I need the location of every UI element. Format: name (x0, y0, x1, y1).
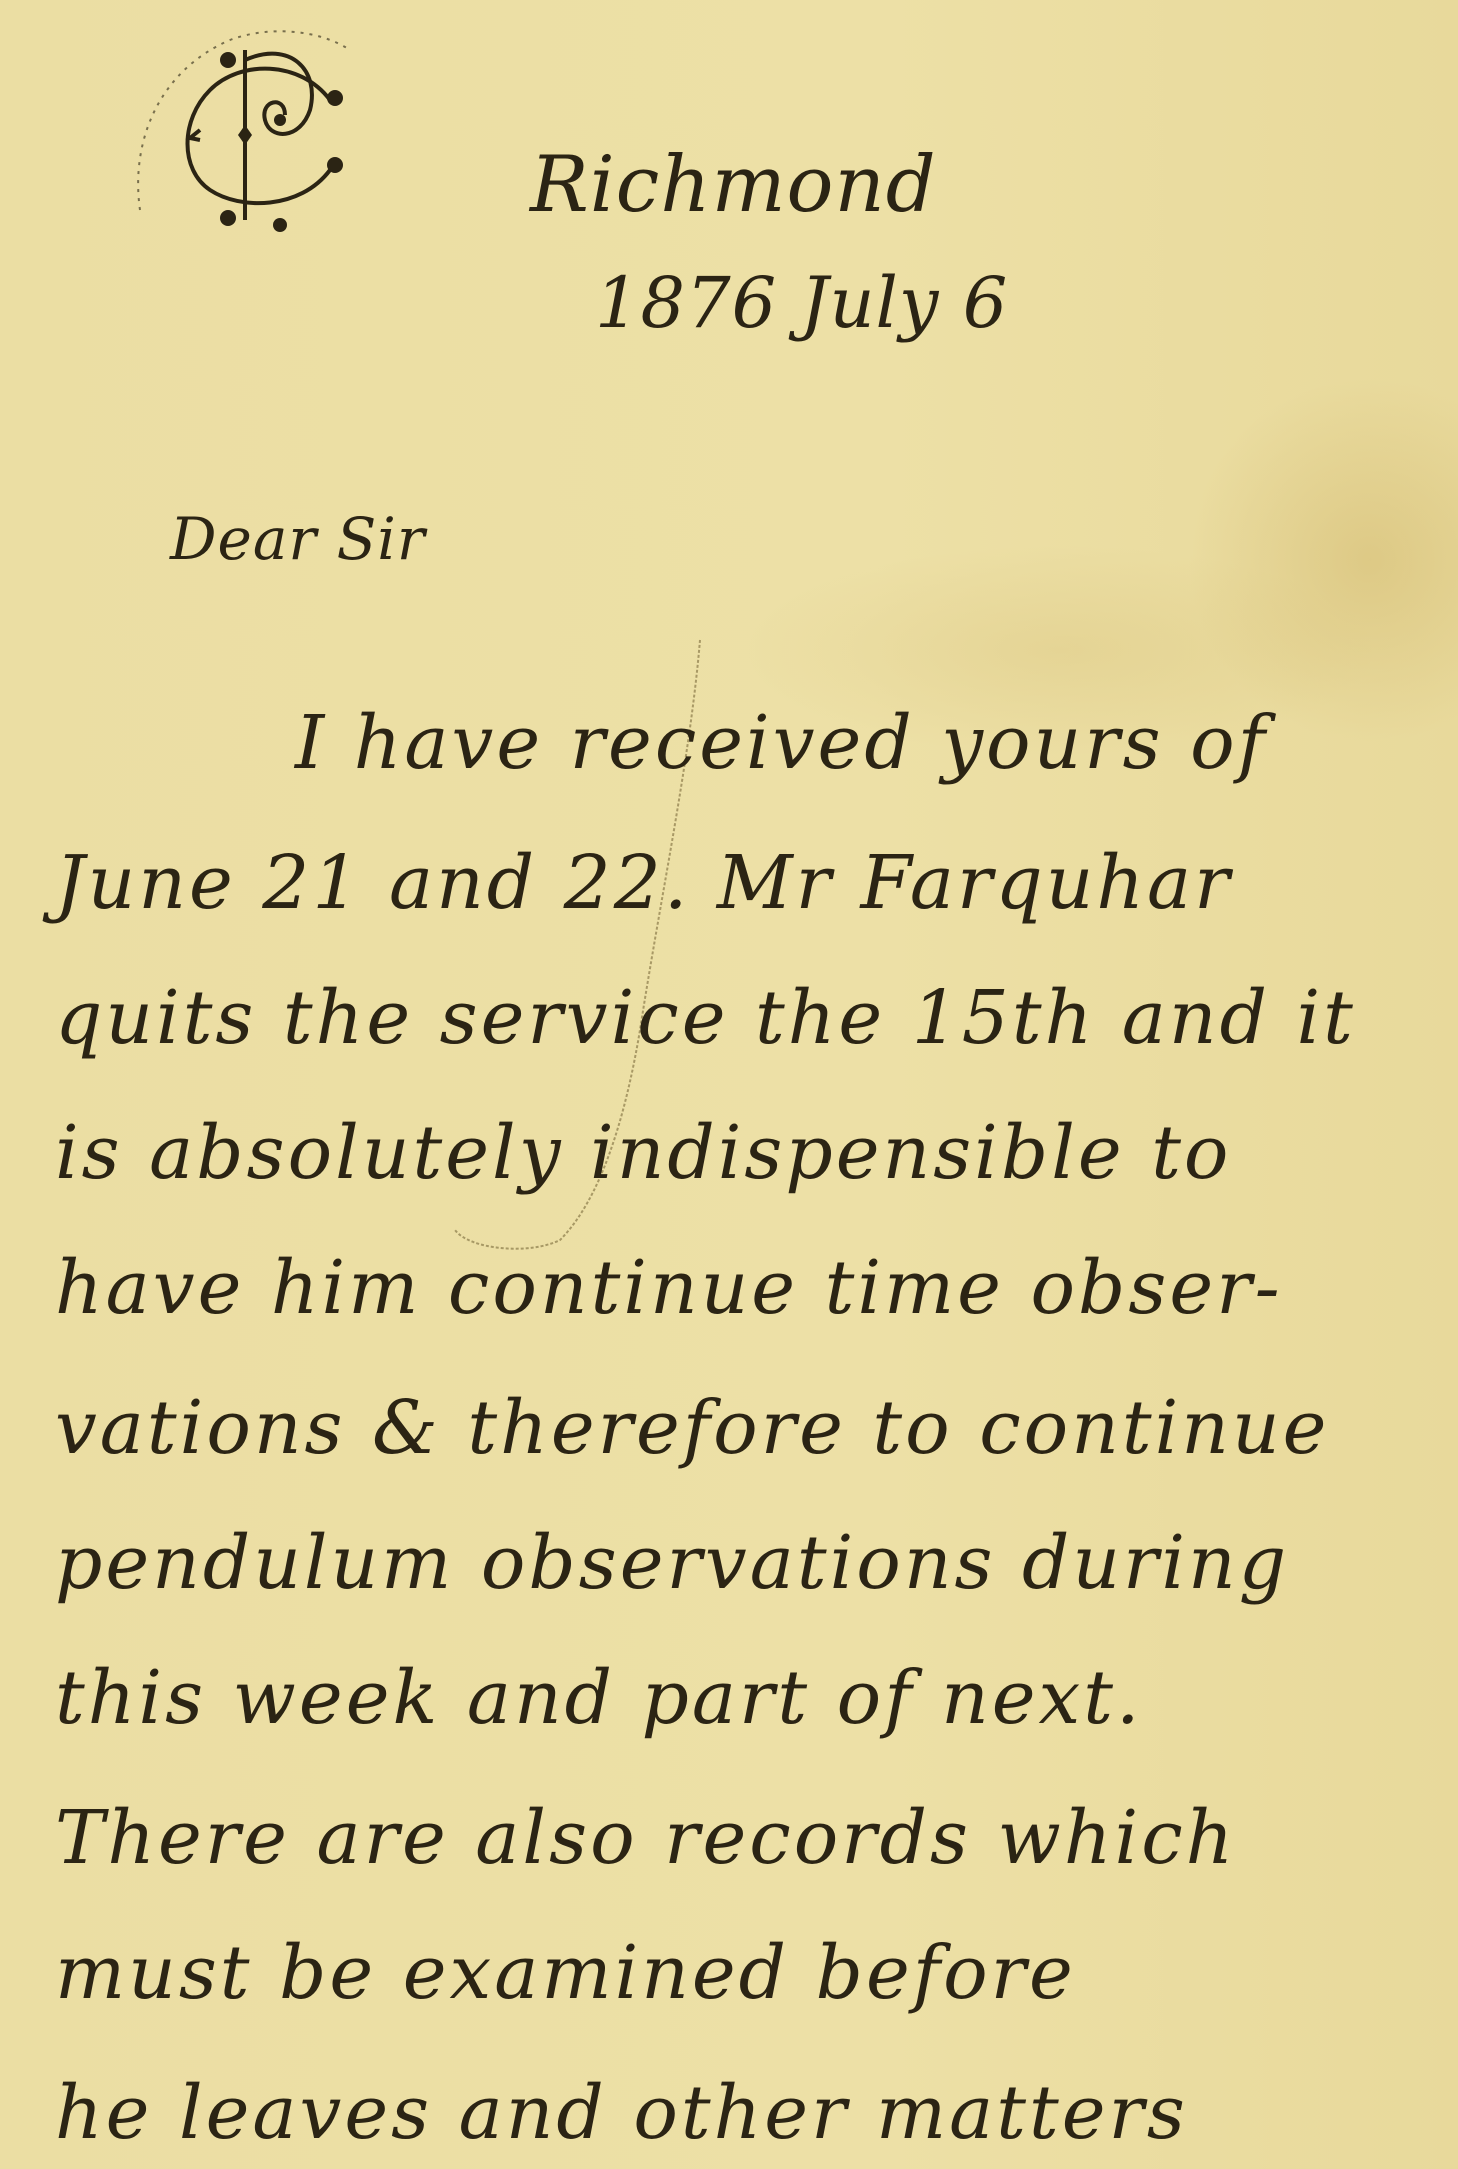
body-line: must be examined before (55, 1930, 1076, 2016)
body-line: There are also records which (55, 1795, 1236, 1881)
body-line: quits the service the 15th and it (55, 975, 1356, 1061)
salutation: Dear Sir (170, 505, 426, 573)
body-line: have him continue time obser- (55, 1245, 1283, 1331)
body-line: pendulum observations during (55, 1520, 1289, 1606)
body-line: I have received yours of (295, 700, 1268, 786)
body-line: June 21 and 22. Mr Farquhar (55, 840, 1233, 926)
body-line: vations & therefore to continue (55, 1385, 1329, 1471)
monogram-logo-icon (120, 20, 380, 260)
body-line: is absolutely indispensible to (55, 1110, 1231, 1196)
letter-page: Richmond 1876 July 6 Dear Sir I have rec… (0, 0, 1458, 2169)
body-line: he leaves and other matters (55, 2070, 1188, 2156)
letter-date: 1876 July 6 (595, 262, 1008, 344)
body-line: this week and part of next. (55, 1655, 1143, 1741)
letter-place: Richmond (530, 140, 937, 230)
